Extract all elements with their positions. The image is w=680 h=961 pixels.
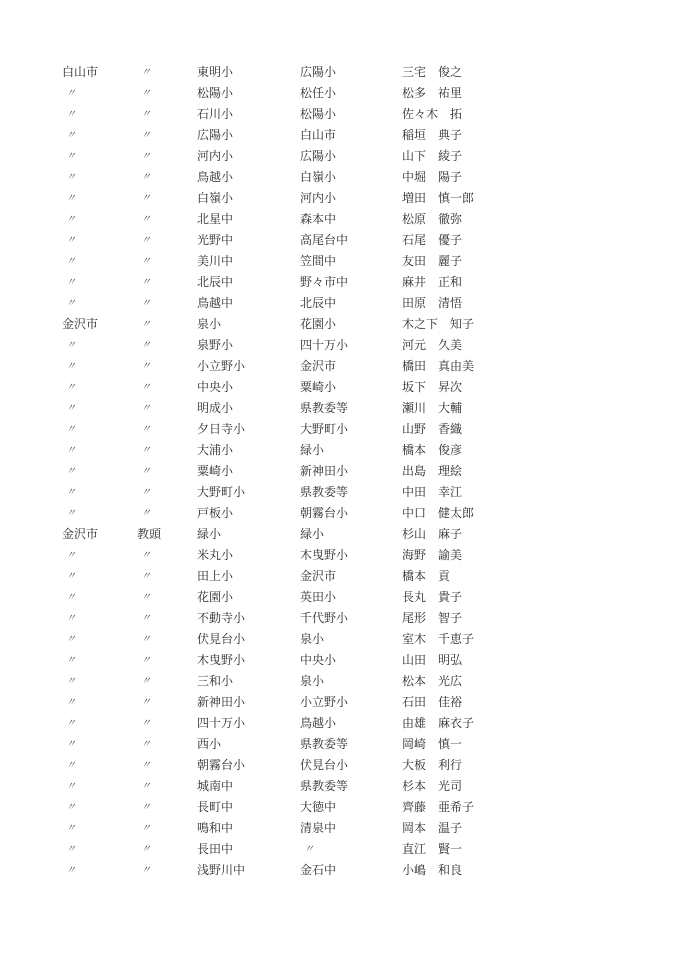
table-row: 〃〃夕日寺小大野町小山野 香織 <box>0 419 680 440</box>
position-cell: 〃 <box>137 146 151 167</box>
from-school-cell: 小立野小 <box>197 356 245 377</box>
city-cell: 〃 <box>62 608 76 629</box>
name-cell: 石尾 優子 <box>402 230 462 251</box>
table-row: 〃〃広陽小白山市稲垣 典子 <box>0 125 680 146</box>
position-cell: 〃 <box>137 419 151 440</box>
position-cell: 〃 <box>137 650 151 671</box>
to-school-cell: 木曳野小 <box>300 545 348 566</box>
name-cell: 河元 久美 <box>402 335 462 356</box>
name-cell: 由雄 麻衣子 <box>402 713 474 734</box>
name-cell: 直江 賢一 <box>402 839 462 860</box>
table-row: 〃〃城南中県教委等杉本 光司 <box>0 776 680 797</box>
from-school-cell: 鳥越小 <box>197 167 233 188</box>
position-cell: 〃 <box>137 398 151 419</box>
to-school-cell: 金沢市 <box>300 566 336 587</box>
position-cell: 〃 <box>137 293 151 314</box>
to-school-cell: 県教委等 <box>300 734 348 755</box>
position-cell: 〃 <box>137 503 151 524</box>
city-cell: 〃 <box>62 377 76 398</box>
from-school-cell: 花園小 <box>197 587 233 608</box>
from-school-cell: 河内小 <box>197 146 233 167</box>
from-school-cell: 長町中 <box>197 797 233 818</box>
from-school-cell: 粟崎小 <box>197 461 233 482</box>
city-cell: 〃 <box>62 104 76 125</box>
table-row: 〃〃北星中森本中松原 徹弥 <box>0 209 680 230</box>
to-school-cell: 緑小 <box>300 524 324 545</box>
position-cell: 〃 <box>137 671 151 692</box>
table-row: 〃〃鳥越小白嶺小中堀 陽子 <box>0 167 680 188</box>
name-cell: 山田 明弘 <box>402 650 462 671</box>
name-cell: 中田 幸江 <box>402 482 462 503</box>
city-cell: 〃 <box>62 839 76 860</box>
name-cell: 尾形 智子 <box>402 608 462 629</box>
to-school-cell: 河内小 <box>300 188 336 209</box>
from-school-cell: 四十万小 <box>197 713 245 734</box>
city-cell: 〃 <box>62 419 76 440</box>
position-cell: 〃 <box>137 629 151 650</box>
position-cell: 〃 <box>137 167 151 188</box>
name-cell: 坂下 昇次 <box>402 377 462 398</box>
city-cell: 〃 <box>62 230 76 251</box>
name-cell: 三宅 俊之 <box>402 62 462 83</box>
name-cell: 松原 徹弥 <box>402 209 462 230</box>
city-cell: 〃 <box>62 293 76 314</box>
to-school-cell: 泉小 <box>300 671 324 692</box>
from-school-cell: 石川小 <box>197 104 233 125</box>
from-school-cell: 米丸小 <box>197 545 233 566</box>
city-cell: 〃 <box>62 167 76 188</box>
table-row: 〃〃河内小広陽小山下 綾子 <box>0 146 680 167</box>
table-row: 〃〃朝霧台小伏見台小大板 利行 <box>0 755 680 776</box>
name-cell: 友田 麗子 <box>402 251 462 272</box>
to-school-cell: 県教委等 <box>300 398 348 419</box>
city-cell: 〃 <box>62 83 76 104</box>
from-school-cell: 北星中 <box>197 209 233 230</box>
from-school-cell: 三和小 <box>197 671 233 692</box>
position-cell: 〃 <box>137 776 151 797</box>
position-cell: 〃 <box>137 314 151 335</box>
name-cell: 中堀 陽子 <box>402 167 462 188</box>
table-row: 〃〃鳴和中清泉中岡本 温子 <box>0 818 680 839</box>
table-row: 〃〃戸板小朝霧台小中口 健太郎 <box>0 503 680 524</box>
city-cell: 白山市 <box>62 62 98 83</box>
table-row: 〃〃松陽小松任小松多 祐里 <box>0 83 680 104</box>
table-row: 〃〃不動寺小千代野小尾形 智子 <box>0 608 680 629</box>
position-cell: 〃 <box>137 272 151 293</box>
name-cell: 齊藤 亜希子 <box>402 797 474 818</box>
from-school-cell: 松陽小 <box>197 83 233 104</box>
from-school-cell: 不動寺小 <box>197 608 245 629</box>
city-cell: 〃 <box>62 776 76 797</box>
from-school-cell: 美川中 <box>197 251 233 272</box>
city-cell: 〃 <box>62 587 76 608</box>
table-row: 〃〃光野中高尾台中石尾 優子 <box>0 230 680 251</box>
from-school-cell: 広陽小 <box>197 125 233 146</box>
city-cell: 〃 <box>62 461 76 482</box>
table-row: 〃〃石川小松陽小佐々木 拓 <box>0 104 680 125</box>
city-cell: 〃 <box>62 356 76 377</box>
to-school-cell: 伏見台小 <box>300 755 348 776</box>
name-cell: 瀬川 大輔 <box>402 398 462 419</box>
table-row: 〃〃小立野小金沢市橋田 真由美 <box>0 356 680 377</box>
to-school-cell: 白山市 <box>300 125 336 146</box>
name-cell: 麻井 正和 <box>402 272 462 293</box>
from-school-cell: 白嶺小 <box>197 188 233 209</box>
to-school-cell: 森本中 <box>300 209 336 230</box>
table-row: 金沢市教頭緑小緑小杉山 麻子 <box>0 524 680 545</box>
table-row: 〃〃田上小金沢市橋本 貢 <box>0 566 680 587</box>
from-school-cell: 長田中 <box>197 839 233 860</box>
city-cell: 〃 <box>62 860 76 881</box>
name-cell: 室木 千恵子 <box>402 629 474 650</box>
to-school-cell: 広陽小 <box>300 146 336 167</box>
to-school-cell: 新神田小 <box>300 461 348 482</box>
to-school-cell: 粟崎小 <box>300 377 336 398</box>
table-row: 〃〃西小県教委等岡崎 慎一 <box>0 734 680 755</box>
name-cell: 山下 綾子 <box>402 146 462 167</box>
name-cell: 杉本 光司 <box>402 776 462 797</box>
name-cell: 大板 利行 <box>402 755 462 776</box>
to-school-cell: 大野町小 <box>300 419 348 440</box>
position-cell: 〃 <box>137 188 151 209</box>
city-cell: 金沢市 <box>62 524 98 545</box>
table-row: 〃〃美川中笠間中友田 麗子 <box>0 251 680 272</box>
city-cell: 〃 <box>62 545 76 566</box>
city-cell: 〃 <box>62 713 76 734</box>
table-row: 〃〃鳥越中北辰中田原 清悟 <box>0 293 680 314</box>
name-cell: 海野 諭美 <box>402 545 462 566</box>
position-cell: 〃 <box>137 377 151 398</box>
table-row: 〃〃北辰中野々市中麻井 正和 <box>0 272 680 293</box>
table-row: 〃〃大野町小県教委等中田 幸江 <box>0 482 680 503</box>
from-school-cell: 鳴和中 <box>197 818 233 839</box>
position-cell: 教頭 <box>137 524 161 545</box>
from-school-cell: 明成小 <box>197 398 233 419</box>
to-school-cell: 北辰中 <box>300 293 336 314</box>
city-cell: 〃 <box>62 482 76 503</box>
to-school-cell: 笠間中 <box>300 251 336 272</box>
table-row: 白山市〃東明小広陽小三宅 俊之 <box>0 62 680 83</box>
table-row: 〃〃粟崎小新神田小出島 理絵 <box>0 461 680 482</box>
name-cell: 杉山 麻子 <box>402 524 462 545</box>
to-school-cell: 金沢市 <box>300 356 336 377</box>
table-row: 〃〃長町中大徳中齊藤 亜希子 <box>0 797 680 818</box>
city-cell: 〃 <box>62 566 76 587</box>
position-cell: 〃 <box>137 545 151 566</box>
table-row: 〃〃伏見台小泉小室木 千恵子 <box>0 629 680 650</box>
from-school-cell: 戸板小 <box>197 503 233 524</box>
city-cell: 〃 <box>62 629 76 650</box>
position-cell: 〃 <box>137 608 151 629</box>
to-school-cell: 松陽小 <box>300 104 336 125</box>
city-cell: 〃 <box>62 335 76 356</box>
from-school-cell: 夕日寺小 <box>197 419 245 440</box>
to-school-cell: 松任小 <box>300 83 336 104</box>
name-cell: 岡本 温子 <box>402 818 462 839</box>
from-school-cell: 大浦小 <box>197 440 233 461</box>
to-school-cell: 白嶺小 <box>300 167 336 188</box>
city-cell: 〃 <box>62 818 76 839</box>
position-cell: 〃 <box>137 860 151 881</box>
table-row: 〃〃新神田小小立野小石田 佳裕 <box>0 692 680 713</box>
table-row: 〃〃米丸小木曳野小海野 諭美 <box>0 545 680 566</box>
name-cell: 木之下 知子 <box>402 314 474 335</box>
to-school-cell: 野々市中 <box>300 272 348 293</box>
position-cell: 〃 <box>137 251 151 272</box>
city-cell: 〃 <box>62 503 76 524</box>
position-cell: 〃 <box>137 713 151 734</box>
position-cell: 〃 <box>137 482 151 503</box>
to-school-cell: 金石中 <box>300 860 336 881</box>
from-school-cell: 東明小 <box>197 62 233 83</box>
table-row: 〃〃長田中〃直江 賢一 <box>0 839 680 860</box>
city-cell: 〃 <box>62 251 76 272</box>
position-cell: 〃 <box>137 566 151 587</box>
name-cell: 田原 清悟 <box>402 293 462 314</box>
to-school-cell: 県教委等 <box>300 482 348 503</box>
from-school-cell: 西小 <box>197 734 221 755</box>
from-school-cell: 朝霧台小 <box>197 755 245 776</box>
position-cell: 〃 <box>137 797 151 818</box>
to-school-cell: 清泉中 <box>300 818 336 839</box>
from-school-cell: 泉小 <box>197 314 221 335</box>
name-cell: 増田 慎一郎 <box>402 188 474 209</box>
name-cell: 佐々木 拓 <box>402 104 462 125</box>
name-cell: 稲垣 典子 <box>402 125 462 146</box>
position-cell: 〃 <box>137 734 151 755</box>
from-school-cell: 大野町小 <box>197 482 245 503</box>
to-school-cell: 小立野小 <box>300 692 348 713</box>
city-cell: 金沢市 <box>62 314 98 335</box>
table-row: 〃〃四十万小鳥越小由雄 麻衣子 <box>0 713 680 734</box>
table-row: 〃〃浅野川中金石中小嶋 和良 <box>0 860 680 881</box>
name-cell: 中口 健太郎 <box>402 503 474 524</box>
table-row: 〃〃明成小県教委等瀬川 大輔 <box>0 398 680 419</box>
from-school-cell: 中央小 <box>197 377 233 398</box>
from-school-cell: 鳥越中 <box>197 293 233 314</box>
position-cell: 〃 <box>137 230 151 251</box>
name-cell: 出島 理絵 <box>402 461 462 482</box>
table-row: 〃〃木曳野小中央小山田 明弘 <box>0 650 680 671</box>
city-cell: 〃 <box>62 209 76 230</box>
from-school-cell: 浅野川中 <box>197 860 245 881</box>
city-cell: 〃 <box>62 125 76 146</box>
position-cell: 〃 <box>137 755 151 776</box>
name-cell: 長丸 貴子 <box>402 587 462 608</box>
city-cell: 〃 <box>62 671 76 692</box>
city-cell: 〃 <box>62 692 76 713</box>
table-row: 〃〃花園小英田小長丸 貴子 <box>0 587 680 608</box>
from-school-cell: 北辰中 <box>197 272 233 293</box>
position-cell: 〃 <box>137 818 151 839</box>
city-cell: 〃 <box>62 440 76 461</box>
to-school-cell: 四十万小 <box>300 335 348 356</box>
to-school-cell: 花園小 <box>300 314 336 335</box>
position-cell: 〃 <box>137 125 151 146</box>
position-cell: 〃 <box>137 461 151 482</box>
to-school-cell: 鳥越小 <box>300 713 336 734</box>
city-cell: 〃 <box>62 188 76 209</box>
city-cell: 〃 <box>62 797 76 818</box>
position-cell: 〃 <box>137 440 151 461</box>
position-cell: 〃 <box>137 209 151 230</box>
personnel-transfer-table: 白山市〃東明小広陽小三宅 俊之〃〃松陽小松任小松多 祐里〃〃石川小松陽小佐々木 … <box>0 62 680 881</box>
position-cell: 〃 <box>137 587 151 608</box>
position-cell: 〃 <box>137 692 151 713</box>
name-cell: 山野 香織 <box>402 419 462 440</box>
from-school-cell: 新神田小 <box>197 692 245 713</box>
table-row: 金沢市〃泉小花園小木之下 知子 <box>0 314 680 335</box>
from-school-cell: 泉野小 <box>197 335 233 356</box>
table-row: 〃〃白嶺小河内小増田 慎一郎 <box>0 188 680 209</box>
city-cell: 〃 <box>62 272 76 293</box>
city-cell: 〃 <box>62 146 76 167</box>
name-cell: 松多 祐里 <box>402 83 462 104</box>
table-row: 〃〃三和小泉小松本 光広 <box>0 671 680 692</box>
from-school-cell: 伏見台小 <box>197 629 245 650</box>
name-cell: 橋田 真由美 <box>402 356 474 377</box>
to-school-cell: 大徳中 <box>300 797 336 818</box>
table-row: 〃〃泉野小四十万小河元 久美 <box>0 335 680 356</box>
to-school-cell: 緑小 <box>300 440 324 461</box>
name-cell: 石田 佳裕 <box>402 692 462 713</box>
name-cell: 橋本 俊彦 <box>402 440 462 461</box>
position-cell: 〃 <box>137 104 151 125</box>
from-school-cell: 城南中 <box>197 776 233 797</box>
name-cell: 小嶋 和良 <box>402 860 462 881</box>
name-cell: 岡崎 慎一 <box>402 734 462 755</box>
position-cell: 〃 <box>137 356 151 377</box>
position-cell: 〃 <box>137 83 151 104</box>
to-school-cell: 千代野小 <box>300 608 348 629</box>
to-school-cell: 中央小 <box>300 650 336 671</box>
from-school-cell: 田上小 <box>197 566 233 587</box>
to-school-cell: 朝霧台小 <box>300 503 348 524</box>
position-cell: 〃 <box>137 839 151 860</box>
from-school-cell: 緑小 <box>197 524 221 545</box>
to-school-cell: 英田小 <box>300 587 336 608</box>
to-school-cell: 県教委等 <box>300 776 348 797</box>
table-row: 〃〃中央小粟崎小坂下 昇次 <box>0 377 680 398</box>
to-school-cell: 広陽小 <box>300 62 336 83</box>
name-cell: 橋本 貢 <box>402 566 450 587</box>
from-school-cell: 光野中 <box>197 230 233 251</box>
from-school-cell: 木曳野小 <box>197 650 245 671</box>
city-cell: 〃 <box>62 755 76 776</box>
name-cell: 松本 光広 <box>402 671 462 692</box>
city-cell: 〃 <box>62 398 76 419</box>
to-school-cell: 〃 <box>300 839 314 860</box>
position-cell: 〃 <box>137 335 151 356</box>
position-cell: 〃 <box>137 62 151 83</box>
to-school-cell: 高尾台中 <box>300 230 348 251</box>
to-school-cell: 泉小 <box>300 629 324 650</box>
table-row: 〃〃大浦小緑小橋本 俊彦 <box>0 440 680 461</box>
city-cell: 〃 <box>62 734 76 755</box>
city-cell: 〃 <box>62 650 76 671</box>
